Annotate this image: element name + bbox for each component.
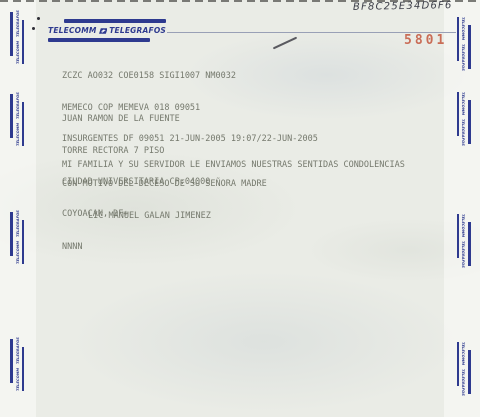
border-logo: TELECOMM TELEGRAFOS bbox=[10, 12, 30, 64]
brand-telecomm: TELECOMM bbox=[462, 17, 467, 40]
sender-name: LIC MANUEL GALAN JIMENEZ bbox=[62, 211, 267, 222]
brand-telegrafos: TELEGRAFOS bbox=[15, 337, 20, 364]
brand-telecomm: TELECOMM bbox=[48, 26, 97, 35]
closing-block: CON MOTIVO DEL DECESO DE SU SEÑORA MADRE… bbox=[62, 158, 267, 274]
closing-line: CON MOTIVO DEL DECESO DE SU SEÑORA MADRE bbox=[62, 179, 267, 190]
ink-speck bbox=[37, 17, 40, 20]
brand-telegrafos: TELEGRAFOS bbox=[462, 44, 467, 71]
logo-bar bbox=[457, 342, 460, 386]
logo-bar bbox=[64, 19, 166, 23]
border-logo: TELECOMM TELEGRAFOS bbox=[451, 342, 471, 394]
border-logo: TELECOMM TELEGRAFOS bbox=[10, 339, 30, 391]
logo-bar bbox=[22, 102, 25, 146]
border-logo: TELECOMM TELEGRAFOS bbox=[10, 212, 30, 264]
brand-telegrafos: TELEGRAFOS bbox=[109, 26, 166, 35]
logo-bar bbox=[457, 92, 460, 136]
pen-slash-mark bbox=[273, 37, 297, 50]
logo-bar bbox=[469, 350, 472, 394]
lightning-bolt-icon bbox=[99, 24, 108, 38]
ink-speck bbox=[32, 27, 35, 30]
brand-telegrafos: TELEGRAFOS bbox=[15, 210, 20, 237]
logo-bar bbox=[22, 20, 25, 64]
logo-bar bbox=[22, 220, 25, 264]
logo-bar bbox=[469, 100, 472, 144]
routing-line: ZCZC AO032 COE0158 SIGI1007 NM0032 bbox=[62, 71, 318, 82]
border-logo: TELECOMM TELEGRAFOS bbox=[451, 17, 471, 69]
telegram-scan: TELECOMM TELEGRAFOS TELECOMM TELEGRAFOS … bbox=[0, 0, 480, 417]
brand-telecomm: TELECOMM bbox=[15, 241, 20, 264]
brand-telecomm: TELECOMM bbox=[462, 92, 467, 115]
brand-telegrafos: TELEGRAFOS bbox=[15, 10, 20, 37]
brand-telecomm: TELECOMM bbox=[15, 123, 20, 146]
end-marker: NNNN bbox=[62, 242, 267, 253]
brand-telecomm: TELECOMM bbox=[462, 214, 467, 237]
logo-bar bbox=[22, 347, 25, 391]
border-logo: TELECOMM TELEGRAFOS bbox=[10, 94, 30, 146]
logo-bar bbox=[469, 222, 472, 266]
brand-telegrafos: TELEGRAFOS bbox=[462, 241, 467, 268]
logo-bar bbox=[469, 25, 472, 69]
border-logo: TELECOMM TELEGRAFOS bbox=[451, 92, 471, 144]
serial-number: 5801 bbox=[404, 33, 447, 48]
logo-bar bbox=[457, 214, 460, 258]
telecomm-telegrafos-logo: TELECOMM TELEGRAFOS bbox=[48, 19, 166, 42]
brand-telecomm: TELECOMM bbox=[15, 368, 20, 391]
brand-telegrafos: TELEGRAFOS bbox=[15, 92, 20, 119]
brand-telegrafos: TELEGRAFOS bbox=[462, 369, 467, 396]
logo-bar bbox=[457, 17, 460, 61]
logo-bar bbox=[48, 38, 150, 42]
recipient-name: JUAN RAMON DE LA FUENTE bbox=[62, 114, 210, 125]
brand-telecomm: TELECOMM bbox=[462, 342, 467, 365]
brand-telegrafos: TELEGRAFOS bbox=[462, 119, 467, 146]
handwritten-code: BF8C25E34D6F6 bbox=[353, 0, 453, 13]
border-logo: TELECOMM TELEGRAFOS bbox=[451, 214, 471, 266]
brand-telecomm: TELECOMM bbox=[15, 41, 20, 64]
